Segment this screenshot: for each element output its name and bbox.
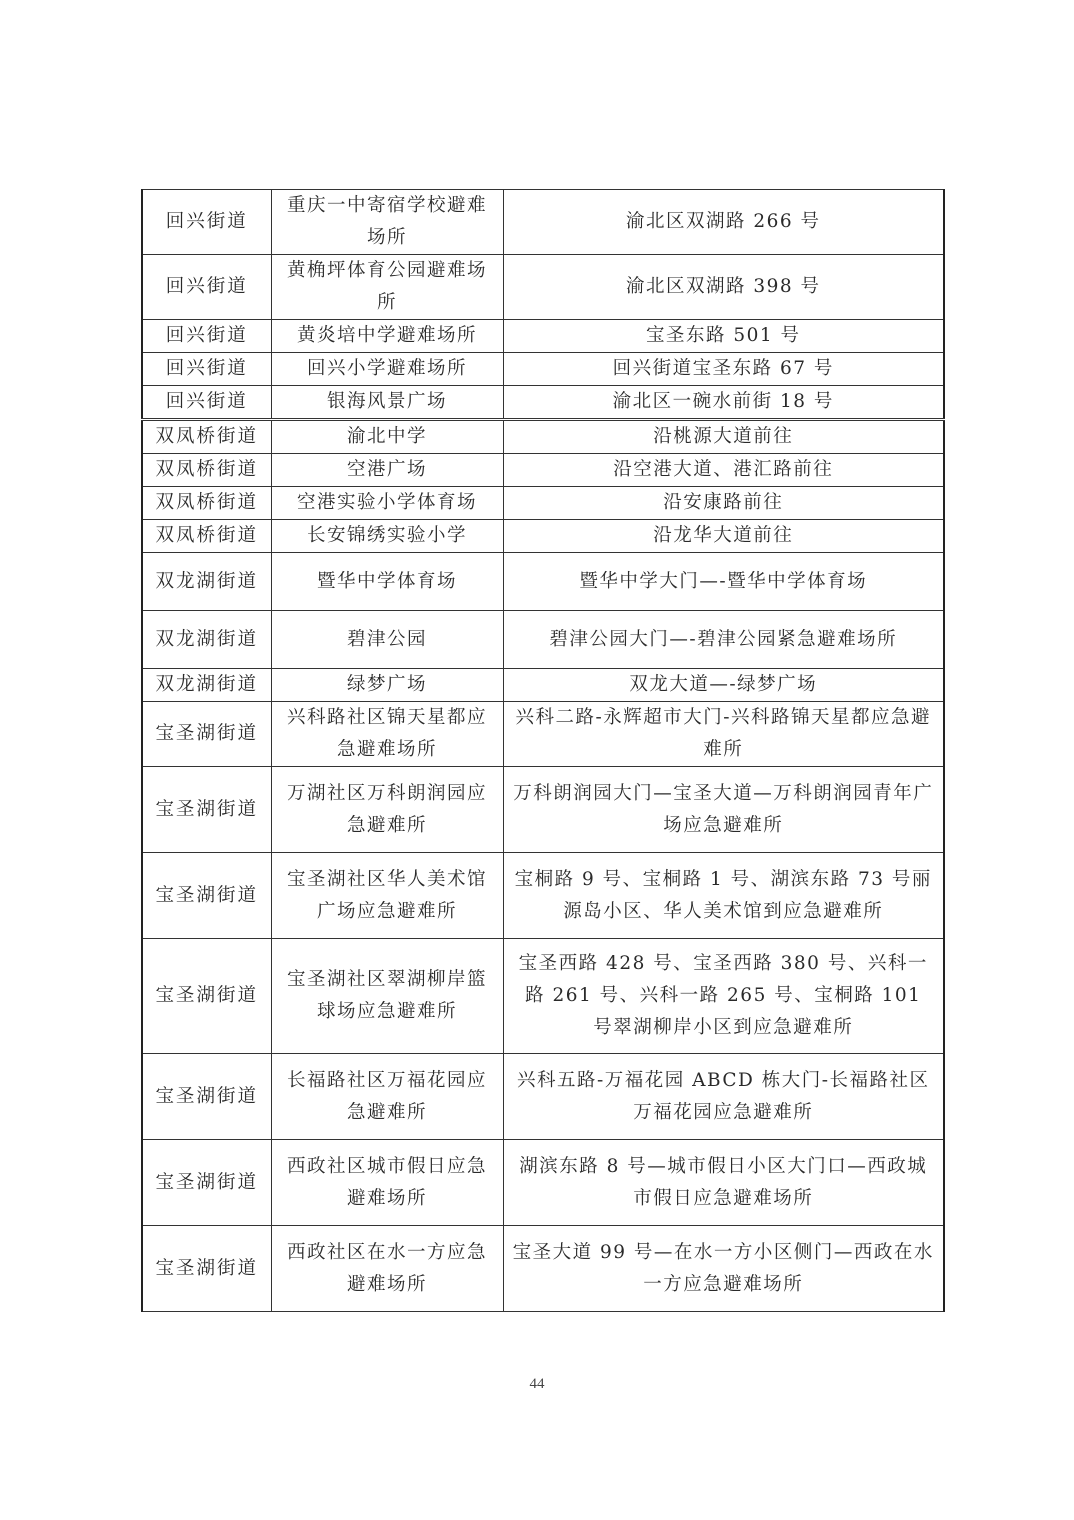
table-row: 宝圣湖街道长福路社区万福花园应急避难所兴科五路-万福花园 ABCD 栋大门-长福…	[142, 1054, 944, 1140]
shelter-name-cell: 回兴小学避难场所	[271, 353, 503, 386]
shelter-name-cell: 重庆一中寄宿学校避难场所	[271, 190, 503, 255]
address-cell: 兴科二路-永辉超市大门-兴科路锦天星都应急避难所	[503, 702, 944, 767]
address-cell: 万科朗润园大门—宝圣大道—万科朗润园青年广场应急避难所	[503, 767, 944, 853]
address-cell: 沿桃源大道前往	[503, 420, 944, 454]
street-cell: 双凤桥街道	[142, 487, 271, 520]
shelter-name-cell: 西政社区城市假日应急避难场所	[271, 1140, 503, 1226]
shelter-name-cell: 渝北中学	[271, 420, 503, 454]
street-cell: 宝圣湖街道	[142, 1140, 271, 1226]
shelter-name-cell: 银海风景广场	[271, 386, 503, 420]
shelter-name-cell: 西政社区在水一方应急避难场所	[271, 1226, 503, 1312]
table-row: 回兴街道黄桷坪体育公园避难场所渝北区双湖路 398 号	[142, 255, 944, 320]
shelter-table-body: 回兴街道重庆一中寄宿学校避难场所渝北区双湖路 266 号回兴街道黄桷坪体育公园避…	[142, 190, 944, 1312]
shelter-name-cell: 空港实验小学体育场	[271, 487, 503, 520]
address-cell: 兴科五路-万福花园 ABCD 栋大门-长福路社区万福花园应急避难所	[503, 1054, 944, 1140]
street-cell: 宝圣湖街道	[142, 939, 271, 1054]
street-cell: 回兴街道	[142, 320, 271, 353]
address-cell: 渝北区双湖路 398 号	[503, 255, 944, 320]
address-cell: 碧津公园大门—-碧津公园紧急避难场所	[503, 611, 944, 669]
shelter-name-cell: 宝圣湖社区华人美术馆广场应急避难所	[271, 853, 503, 939]
shelter-name-cell: 万湖社区万科朗润园应急避难所	[271, 767, 503, 853]
table-row: 宝圣湖街道兴科路社区锦天星都应急避难场所兴科二路-永辉超市大门-兴科路锦天星都应…	[142, 702, 944, 767]
address-cell: 沿空港大道、港汇路前往	[503, 454, 944, 487]
street-cell: 宝圣湖街道	[142, 1226, 271, 1312]
table-row: 回兴街道银海风景广场渝北区一碗水前街 18 号	[142, 386, 944, 420]
shelter-name-cell: 暨华中学体育场	[271, 553, 503, 611]
shelter-name-cell: 长福路社区万福花园应急避难所	[271, 1054, 503, 1140]
shelter-name-cell: 宝圣湖社区翠湖柳岸篮球场应急避难所	[271, 939, 503, 1054]
table-row: 回兴街道重庆一中寄宿学校避难场所渝北区双湖路 266 号	[142, 190, 944, 255]
street-cell: 宝圣湖街道	[142, 853, 271, 939]
street-cell: 双龙湖街道	[142, 611, 271, 669]
address-cell: 回兴街道宝圣东路 67 号	[503, 353, 944, 386]
street-cell: 双凤桥街道	[142, 454, 271, 487]
table-row: 双龙湖街道碧津公园碧津公园大门—-碧津公园紧急避难场所	[142, 611, 944, 669]
street-cell: 回兴街道	[142, 353, 271, 386]
address-cell: 宝圣东路 501 号	[503, 320, 944, 353]
address-cell: 渝北区一碗水前街 18 号	[503, 386, 944, 420]
table-row: 双凤桥街道长安锦绣实验小学沿龙华大道前往	[142, 520, 944, 553]
shelter-name-cell: 空港广场	[271, 454, 503, 487]
table-row: 回兴街道回兴小学避难场所回兴街道宝圣东路 67 号	[142, 353, 944, 386]
table-row: 双龙湖街道暨华中学体育场暨华中学大门—-暨华中学体育场	[142, 553, 944, 611]
street-cell: 回兴街道	[142, 255, 271, 320]
street-cell: 回兴街道	[142, 386, 271, 420]
street-cell: 宝圣湖街道	[142, 767, 271, 853]
shelter-name-cell: 黄炎培中学避难场所	[271, 320, 503, 353]
table-row: 宝圣湖街道西政社区在水一方应急避难场所宝圣大道 99 号—在水一方小区侧门—西政…	[142, 1226, 944, 1312]
table-row: 回兴街道黄炎培中学避难场所宝圣东路 501 号	[142, 320, 944, 353]
street-cell: 双龙湖街道	[142, 553, 271, 611]
address-cell: 宝圣大道 99 号—在水一方小区侧门—西政在水一方应急避难场所	[503, 1226, 944, 1312]
shelter-name-cell: 长安锦绣实验小学	[271, 520, 503, 553]
document-page: 回兴街道重庆一中寄宿学校避难场所渝北区双湖路 266 号回兴街道黄桷坪体育公园避…	[0, 0, 1074, 1520]
table-row: 双凤桥街道空港实验小学体育场沿安康路前往	[142, 487, 944, 520]
table-row: 宝圣湖街道宝圣湖社区华人美术馆广场应急避难所宝桐路 9 号、宝桐路 1 号、湖滨…	[142, 853, 944, 939]
table-row: 双龙湖街道绿梦广场双龙大道—-绿梦广场	[142, 669, 944, 702]
address-cell: 沿龙华大道前往	[503, 520, 944, 553]
table-row: 双凤桥街道空港广场沿空港大道、港汇路前往	[142, 454, 944, 487]
shelter-name-cell: 兴科路社区锦天星都应急避难场所	[271, 702, 503, 767]
page-number: 44	[0, 1376, 1074, 1393]
shelter-name-cell: 碧津公园	[271, 611, 503, 669]
table-row: 宝圣湖街道宝圣湖社区翠湖柳岸篮球场应急避难所宝圣西路 428 号、宝圣西路 38…	[142, 939, 944, 1054]
address-cell: 暨华中学大门—-暨华中学体育场	[503, 553, 944, 611]
table-row: 宝圣湖街道西政社区城市假日应急避难场所湖滨东路 8 号—城市假日小区大门口—西政…	[142, 1140, 944, 1226]
address-cell: 宝桐路 9 号、宝桐路 1 号、湖滨东路 73 号丽源岛小区、华人美术馆到应急避…	[503, 853, 944, 939]
street-cell: 双凤桥街道	[142, 520, 271, 553]
address-cell: 渝北区双湖路 266 号	[503, 190, 944, 255]
table-row: 宝圣湖街道万湖社区万科朗润园应急避难所万科朗润园大门—宝圣大道—万科朗润园青年广…	[142, 767, 944, 853]
address-cell: 宝圣西路 428 号、宝圣西路 380 号、兴科一路 261 号、兴科一路 26…	[503, 939, 944, 1054]
street-cell: 双凤桥街道	[142, 420, 271, 454]
address-cell: 双龙大道—-绿梦广场	[503, 669, 944, 702]
shelter-table: 回兴街道重庆一中寄宿学校避难场所渝北区双湖路 266 号回兴街道黄桷坪体育公园避…	[141, 189, 945, 1312]
address-cell: 沿安康路前往	[503, 487, 944, 520]
shelter-name-cell: 黄桷坪体育公园避难场所	[271, 255, 503, 320]
street-cell: 回兴街道	[142, 190, 271, 255]
street-cell: 宝圣湖街道	[142, 1054, 271, 1140]
street-cell: 宝圣湖街道	[142, 702, 271, 767]
street-cell: 双龙湖街道	[142, 669, 271, 702]
table-row: 双凤桥街道渝北中学沿桃源大道前往	[142, 420, 944, 454]
shelter-name-cell: 绿梦广场	[271, 669, 503, 702]
address-cell: 湖滨东路 8 号—城市假日小区大门口—西政城市假日应急避难场所	[503, 1140, 944, 1226]
